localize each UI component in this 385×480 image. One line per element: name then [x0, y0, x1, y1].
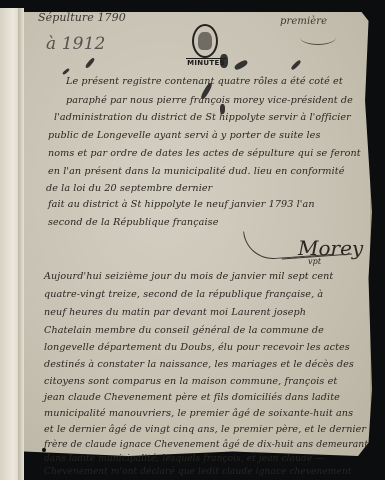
act-line: dans ladite municipalité; lesquels franç… [44, 455, 324, 464]
page-fold [18, 8, 24, 480]
paraphe-flourish [300, 30, 336, 45]
act-line: municipalité manouvriers, le premier âgé… [44, 409, 353, 419]
ink-stain [62, 68, 70, 75]
act-line: quatre-vingt treize, second de la républ… [44, 290, 323, 300]
ink-stain [85, 57, 96, 69]
closing-line: l'administration du district de St hippo… [54, 113, 351, 123]
signature-suffix: vpt [308, 258, 321, 266]
closing-line: second de la République française [48, 218, 218, 228]
stamp-label: MINUTES [186, 58, 226, 67]
ink-stain [290, 59, 301, 70]
act-line: neuf heures du matin par devant moi Laur… [44, 308, 306, 318]
register-number: à 1912 [46, 36, 105, 53]
closing-line: Le présent registre contenant quatre rôl… [66, 77, 343, 87]
closing-line: paraphé par nous pierre françois morey v… [66, 96, 353, 106]
closing-line: fait au district à St hippolyte le neuf … [48, 200, 315, 210]
stamp-emblem-icon [198, 32, 212, 50]
act-line: Chatelain membre du conseil général de l… [44, 326, 324, 336]
act-line: frère de claude ignace Chevenement âgé d… [44, 440, 368, 450]
act-line: Chevenement m'ont déclaré que ledit clau… [44, 468, 351, 477]
act-line: longevelle département du Doubs, élu pou… [44, 343, 350, 353]
ink-dot [42, 448, 46, 452]
act-line: jean claude Chevenement père et fils dom… [44, 393, 340, 403]
closing-line: public de Longevelle ayant servi à y por… [48, 131, 320, 141]
act-line: Aujourd'hui seizième jour du mois de jan… [44, 272, 333, 282]
page-binding-strip [0, 8, 24, 480]
act-line: destinés à constater la naissance, les m… [44, 360, 354, 370]
ink-stain [233, 59, 248, 71]
closing-line: noms et par ordre de dates les actes de … [48, 149, 361, 159]
register-title: Sépulture 1790 [38, 12, 126, 23]
closing-line: en l'an présent dans la municipalité dud… [48, 167, 345, 177]
act-line: et le dernier âgé de vingt cinq ans, le … [44, 425, 366, 435]
closing-line: de la loi du 20 septembre dernier [46, 184, 212, 194]
act-line: citoyens sont comparus en la maison comm… [44, 377, 337, 387]
minutes-stamp: MINUTES [188, 18, 222, 70]
page-note: première [280, 17, 327, 27]
